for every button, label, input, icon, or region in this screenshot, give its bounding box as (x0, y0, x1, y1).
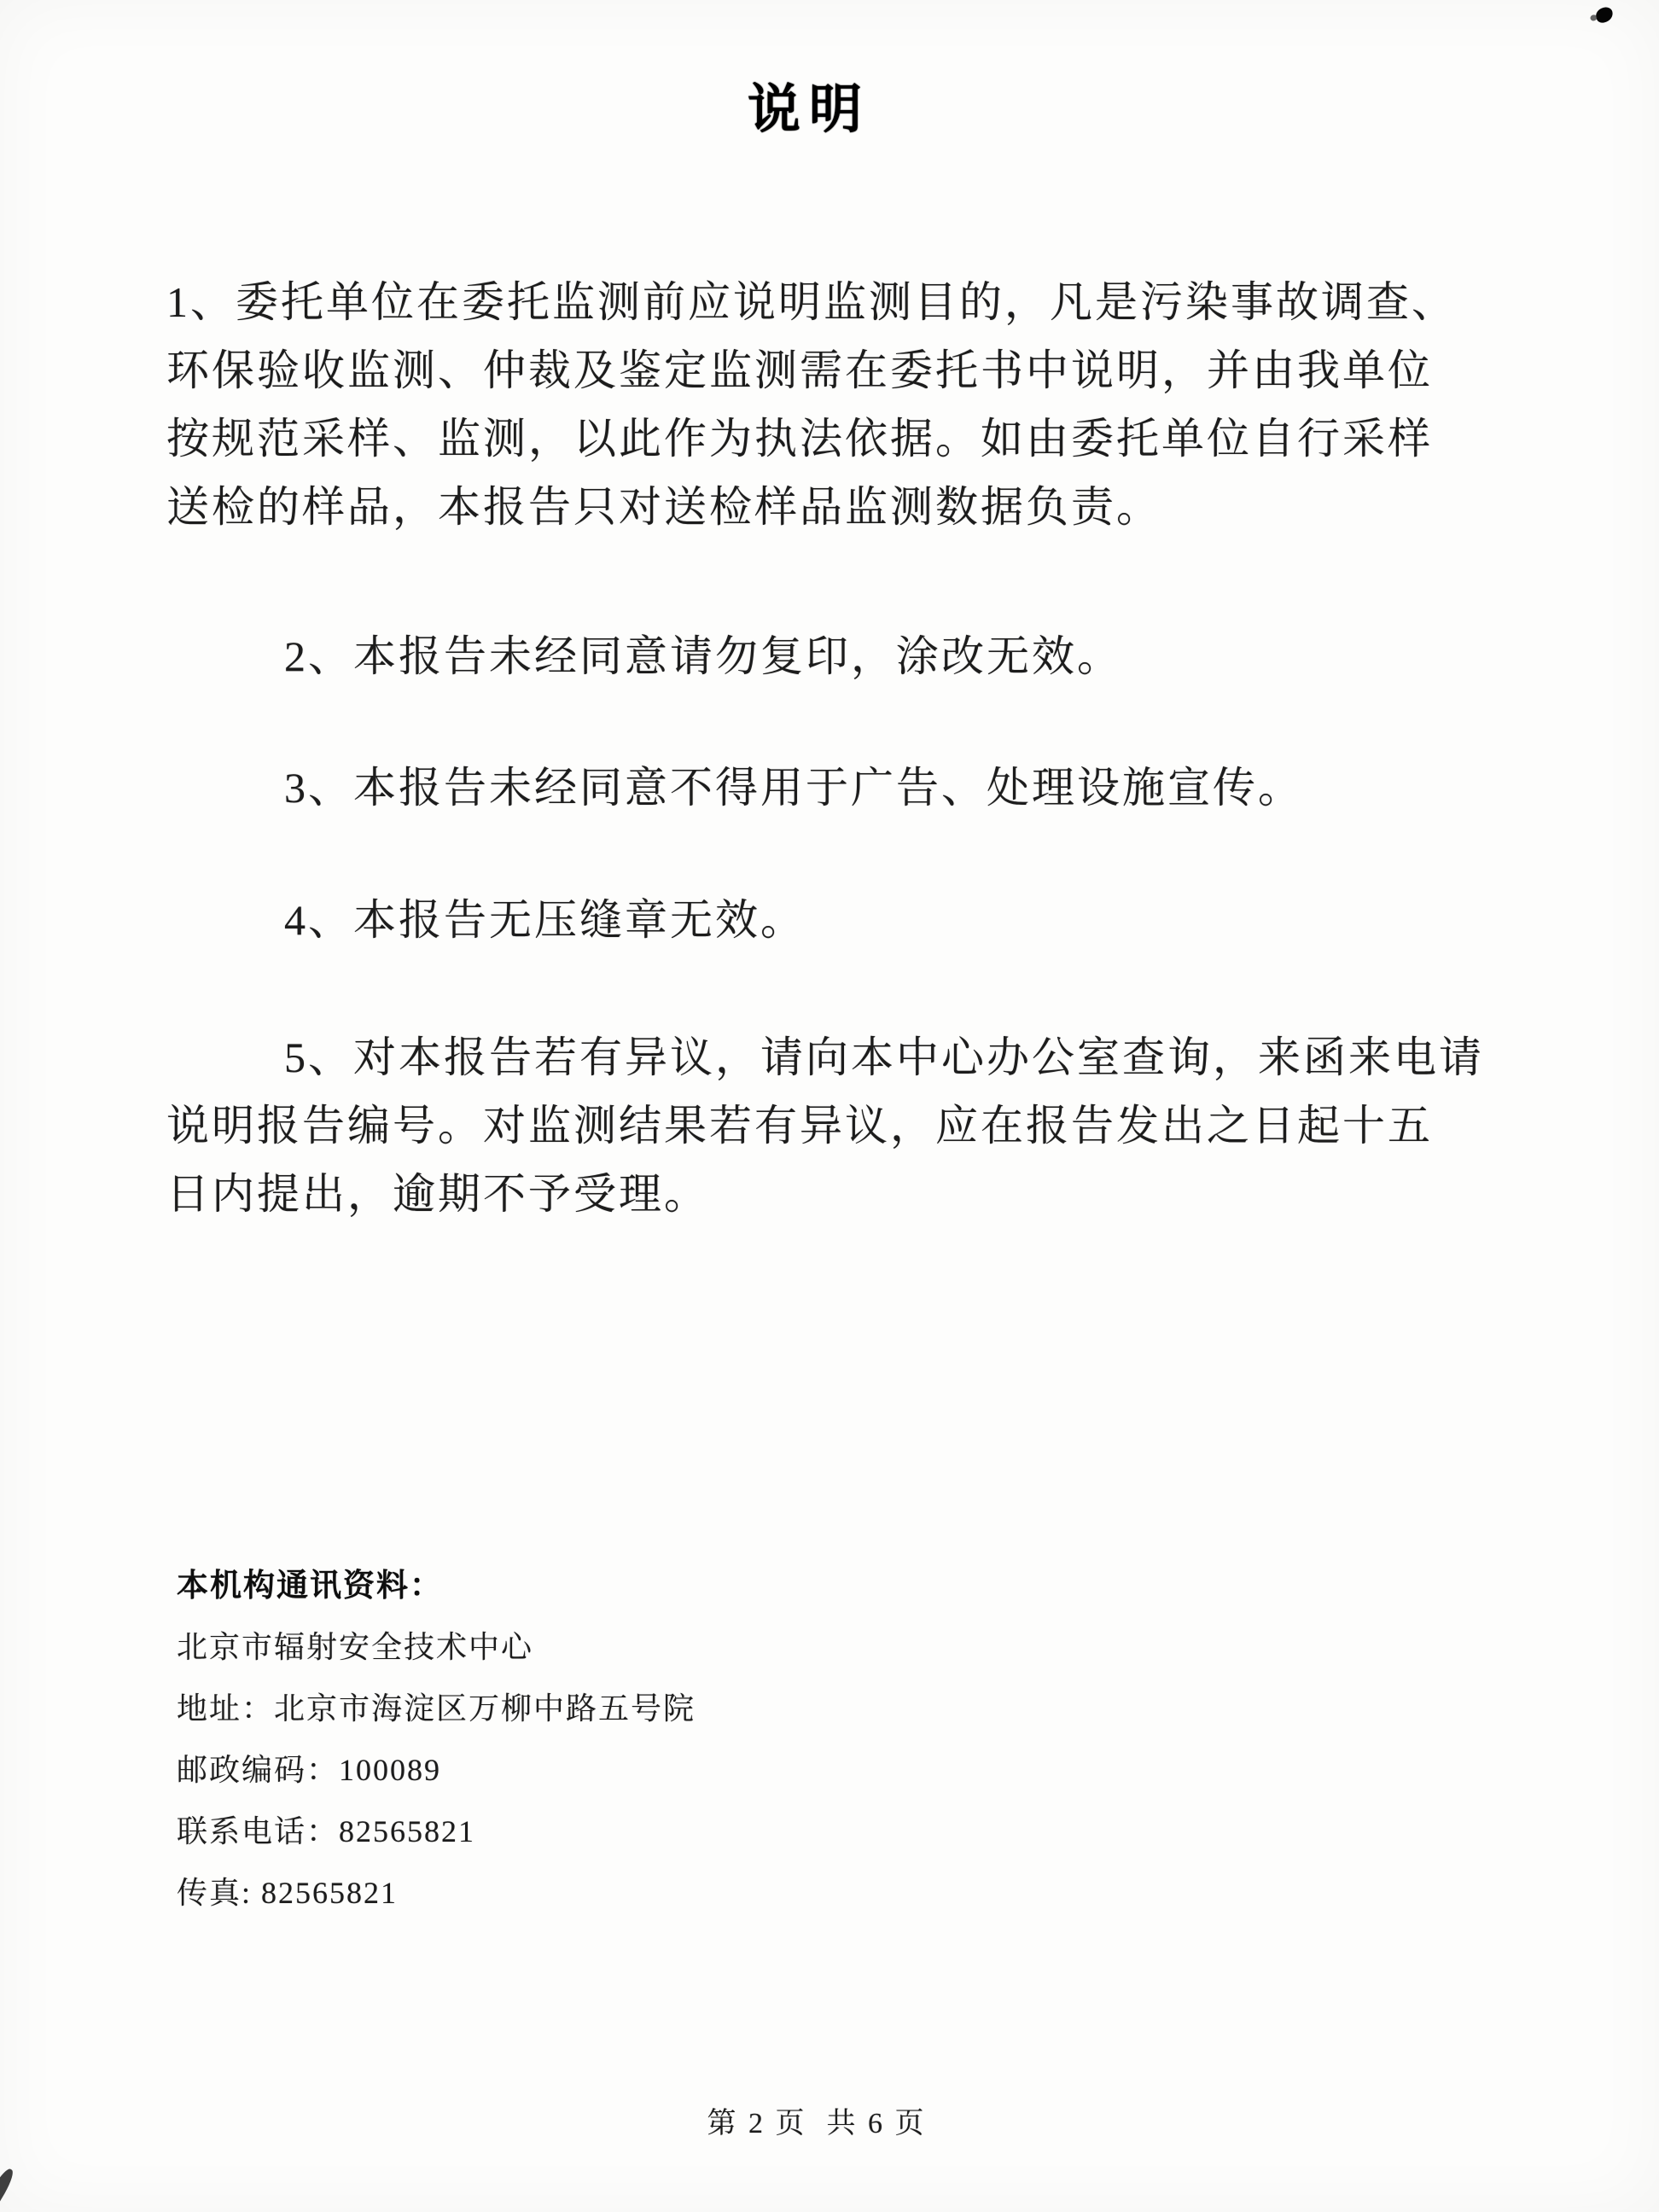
note-4: 4、本报告无压缝章无效。 (166, 886, 1498, 954)
scanned-report-page: 说明 1、委托单位在委托监测前应说明监测目的，凡是污染事故调查、 环保验收监测、… (0, 0, 1659, 2212)
note-5-line-3: 日内提出，逾期不予受理。 (166, 1160, 1498, 1228)
contact-postal-code: 邮政编码：100089 (177, 1739, 696, 1801)
note-4-line-1: 4、本报告无压缝章无效。 (166, 886, 1498, 954)
note-5: 5、对本报告若有异议，请向本中心办公室查询，来函来电请 说明报告编号。对监测结果… (166, 1023, 1498, 1228)
contact-org-name: 北京市辐射安全技术中心 (177, 1616, 696, 1678)
note-2: 2、本报告未经同意请勿复印，涂改无效。 (166, 622, 1498, 690)
ink-blot-artifact (1594, 6, 1615, 25)
corner-smudge-artifact (0, 2166, 16, 2212)
note-1-line-3: 按规范采样、监测，以此作为执法依据。如由委托单位自行采样 (166, 405, 1498, 473)
contact-phone: 联系电话：82565821 (177, 1801, 696, 1862)
contact-block: 本机构通讯资料： 北京市辐射安全技术中心 地址：北京市海淀区万柳中路五号院 邮政… (177, 1555, 696, 1924)
contact-address: 地址：北京市海淀区万柳中路五号院 (177, 1678, 696, 1739)
note-1-line-1: 1、委托单位在委托监测前应说明监测目的，凡是污染事故调查、 (166, 268, 1498, 336)
note-2-line-1: 2、本报告未经同意请勿复印，涂改无效。 (166, 622, 1498, 690)
contact-fax: 传真: 82565821 (177, 1862, 696, 1924)
page-number: 第 2 页 共 6 页 (0, 2099, 1646, 2141)
note-1-line-2: 环保验收监测、仲裁及鉴定监测需在委托书中说明，并由我单位 (166, 336, 1498, 405)
document-title: 说明 (0, 67, 1639, 143)
note-5-line-2: 说明报告编号。对监测结果若有异议，应在报告发出之日起十五 (166, 1091, 1498, 1160)
note-3-line-1: 3、本报告未经同意不得用于广告、处理设施宣传。 (166, 754, 1498, 822)
contact-header: 本机构通讯资料： (177, 1555, 696, 1616)
note-3: 3、本报告未经同意不得用于广告、处理设施宣传。 (166, 754, 1498, 822)
note-1: 1、委托单位在委托监测前应说明监测目的，凡是污染事故调查、 环保验收监测、仲裁及… (166, 268, 1498, 541)
note-1-line-4: 送检的样品，本报告只对送检样品监测数据负责。 (166, 473, 1498, 541)
note-5-line-1: 5、对本报告若有异议，请向本中心办公室查询，来函来电请 (166, 1023, 1498, 1091)
